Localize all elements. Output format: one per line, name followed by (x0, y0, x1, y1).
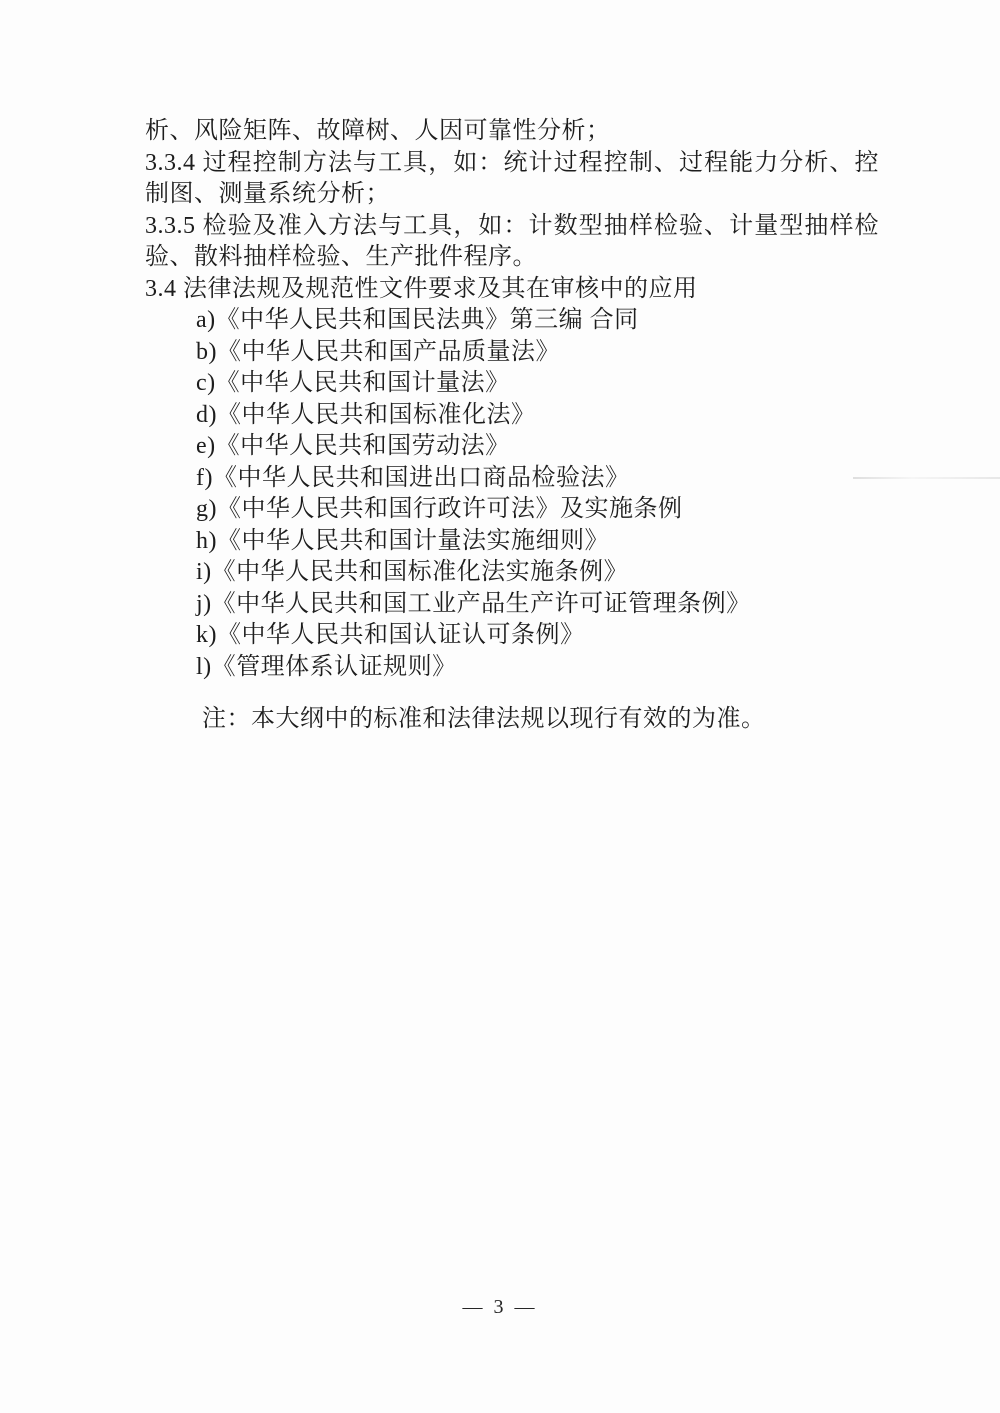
section-3-4-heading: 3.4 法律法规及规范性文件要求及其在审核中的应用 (145, 274, 879, 306)
scan-artifact-line (853, 477, 1000, 479)
section-3-3-5-continuation: 验、散料抽样检验、生产批件程序。 (145, 242, 879, 274)
scanned-document-page: 析、风险矩阵、故障树、人因可靠性分析； 3.3.4 过程控制方法与工具，如：统计… (0, 0, 1000, 1413)
law-list-item-f: f)《中华人民共和国进出口商品检验法》 (145, 463, 879, 495)
document-body: 析、风险矩阵、故障树、人因可靠性分析； 3.3.4 过程控制方法与工具，如：统计… (145, 116, 879, 683)
law-list-item-b: b)《中华人民共和国产品质量法》 (145, 337, 879, 369)
paragraph-line-continuation: 析、风险矩阵、故障树、人因可靠性分析； (145, 116, 879, 148)
law-list-item-a: a)《中华人民共和国民法典》第三编 合同 (145, 305, 879, 337)
law-list-item-k: k)《中华人民共和国认证认可条例》 (145, 620, 879, 652)
section-3-3-4-continuation: 制图、测量系统分析； (145, 179, 879, 211)
page-number: — 3 — (0, 1296, 1000, 1319)
law-list-item-g: g)《中华人民共和国行政许可法》及实施条例 (145, 494, 879, 526)
law-list-item-e: e)《中华人民共和国劳动法》 (145, 431, 879, 463)
law-list-item-h: h)《中华人民共和国计量法实施细则》 (145, 526, 879, 558)
section-3-3-5-line: 3.3.5 检验及准入方法与工具，如：计数型抽样检验、计量型抽样检 (145, 211, 879, 243)
law-list-item-l: l)《管理体系认证规则》 (145, 652, 879, 684)
law-list-item-i: i)《中华人民共和国标准化法实施条例》 (145, 557, 879, 589)
law-list-item-j: j)《中华人民共和国工业产品生产许可证管理条例》 (145, 589, 879, 621)
note-line: 注：本大纲中的标准和法律法规以现行有效的为准。 (202, 704, 766, 736)
law-list-item-c: c)《中华人民共和国计量法》 (145, 368, 879, 400)
law-list-item-d: d)《中华人民共和国标准化法》 (145, 400, 879, 432)
section-3-3-4-line: 3.3.4 过程控制方法与工具，如：统计过程控制、过程能力分析、控 (145, 148, 879, 180)
